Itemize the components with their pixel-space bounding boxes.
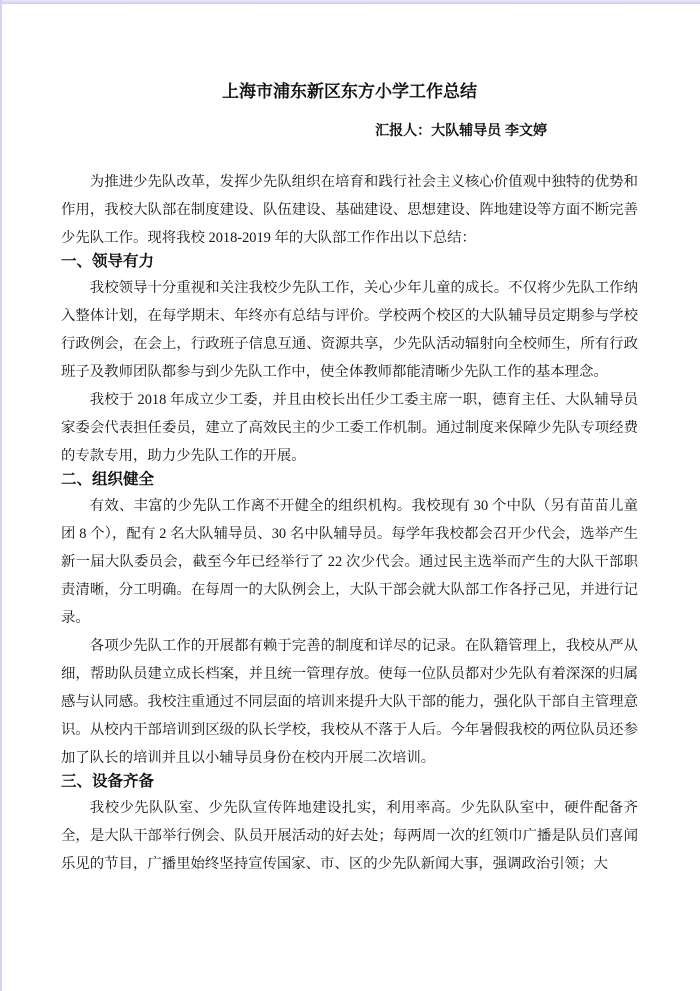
- section-1-paragraph-1: 我校领导十分重视和关注我校少先队工作，关心少年儿童的成长。不仅将少先队工作纳入整…: [61, 274, 638, 386]
- section-2-paragraph-1: 有效、丰富的少先队工作离不开健全的组织机构。我校现有 30 个中队（另有苗苗儿童…: [61, 492, 638, 632]
- section-2-paragraph-2: 各项少先队工作的开展都有赖于完善的制度和详尽的记录。在队籍管理上，我校从严从细，…: [61, 632, 638, 772]
- section-1-heading: 一、领导有力: [61, 250, 638, 274]
- document-content: 上海市浦东新区东方小学工作总结 汇报人：大队辅导员 李文婷 为推进少先队改革，发…: [61, 0, 638, 878]
- reporter-line: 汇报人：大队辅导员 李文婷: [61, 120, 547, 140]
- document-page: 上海市浦东新区东方小学工作总结 汇报人：大队辅导员 李文婷 为推进少先队改革，发…: [0, 0, 700, 991]
- page-left-edge: [0, 0, 2, 991]
- section-3-paragraph-1: 我校少先队队室、少先队宣传阵地建设扎实，利用率高。少先队队室中，硬件配备齐全，是…: [61, 794, 638, 878]
- section-3-heading: 三、设备齐备: [61, 770, 638, 794]
- section-2-heading: 二、组织健全: [61, 468, 638, 492]
- document-title: 上海市浦东新区东方小学工作总结: [61, 80, 638, 104]
- intro-paragraph: 为推进少先队改革，发挥少先队组织在培育和践行社会主义核心价值观中独特的优势和作用…: [61, 168, 638, 252]
- section-1-paragraph-2: 我校于 2018 年成立少工委，并且由校长出任少工委主席一职，德育主任、大队辅导…: [61, 386, 638, 470]
